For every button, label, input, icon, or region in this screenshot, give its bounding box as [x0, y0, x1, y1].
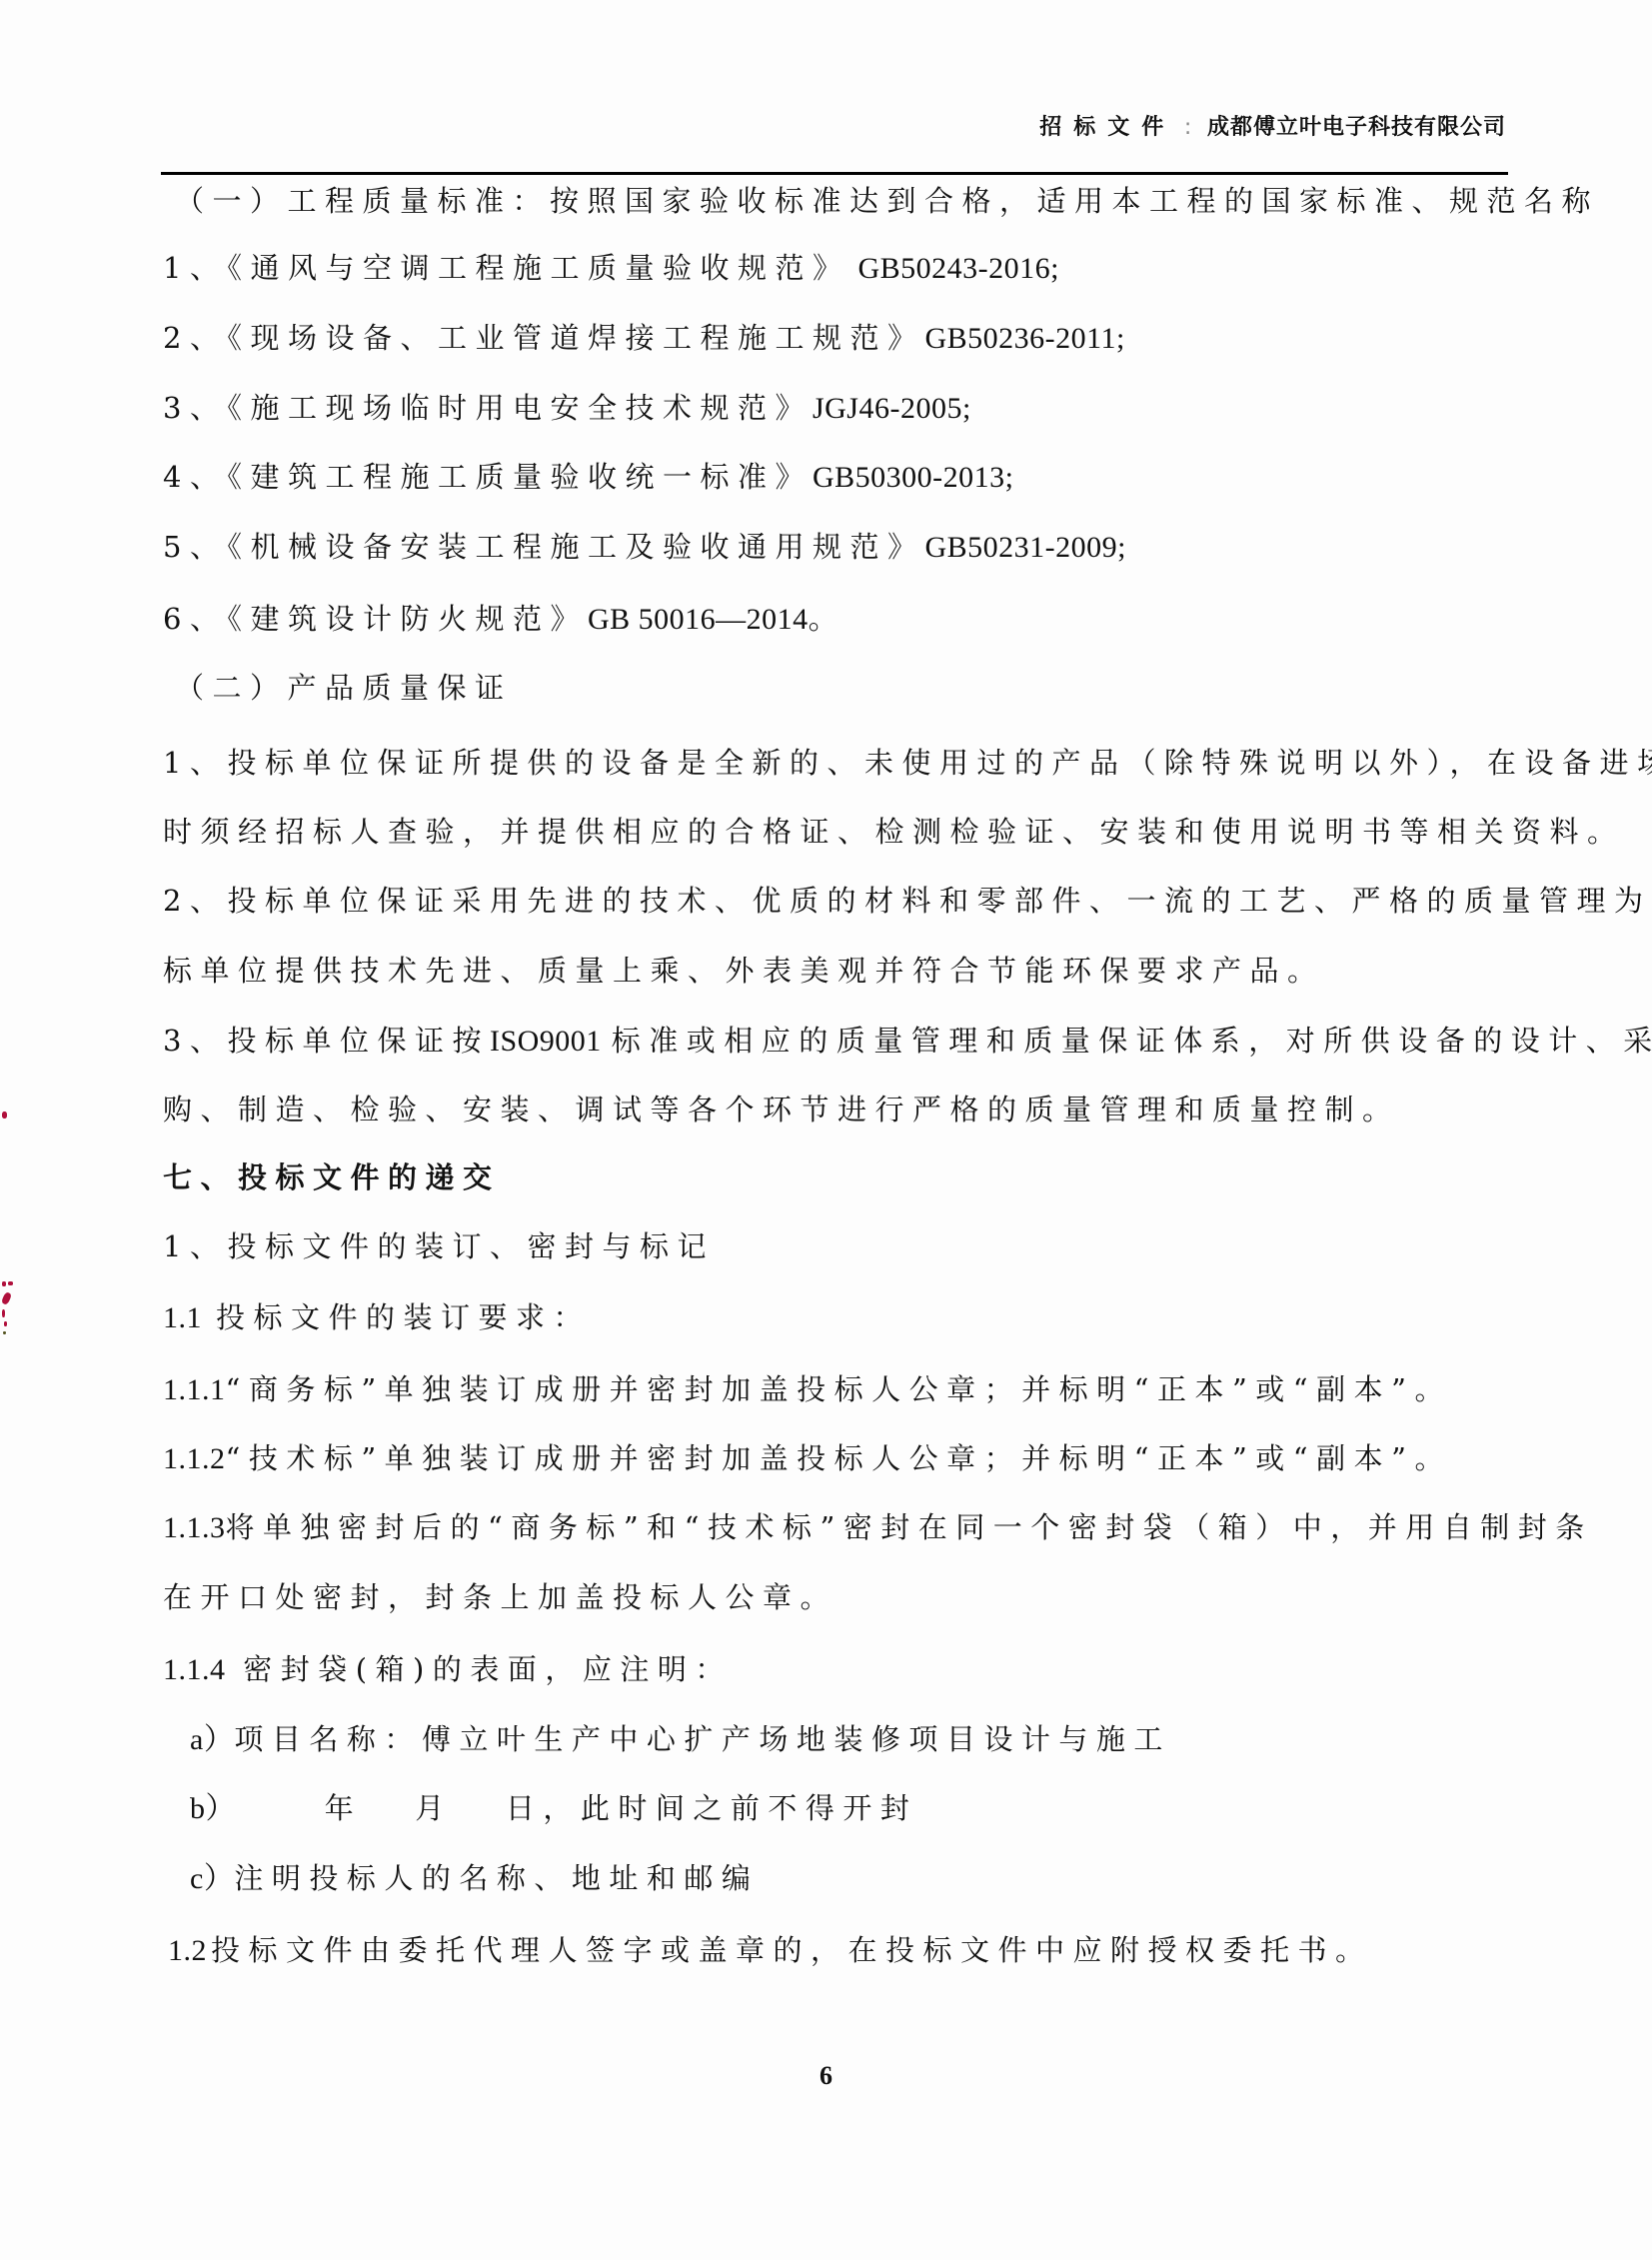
- product-quality-line-2: 时须经招标人查验，并提供相应的合格证、检测检验证、安装和使用说明书等相关资料。: [163, 814, 1625, 850]
- header-doc-label: 招标文件: [1039, 115, 1175, 140]
- label-item-c: c）注明投标人的名称、地址和邮编: [190, 1860, 759, 1897]
- clause-1-1-3: 1.1.3将单独密封后的“商务标”和“技术标”密封在同一个密封袋（箱）中，并用自…: [163, 1509, 1593, 1546]
- product-quality-line-3: 2、投标单位保证采用先进的技术、优质的材料和零部件、一流的工艺、严格的质量管理为…: [163, 883, 1652, 919]
- submission-heading: 七、投标文件的递交: [163, 1159, 501, 1195]
- standard-item-3: 3、《施工现场临时用电安全技术规范》JGJ46-2005;: [163, 390, 971, 427]
- header-separator: :: [1184, 115, 1192, 140]
- authorization-clause: 1.2投标文件由委托代理人签字或盖章的，在投标文件中应附授权委托书。: [168, 1932, 1373, 1969]
- product-quality-heading: （二）产品质量保证: [175, 670, 513, 706]
- binding-heading: 1.1投标文件的装订要求：: [163, 1299, 591, 1336]
- document-page: 招标文件 : 成都傅立叶电子科技有限公司 （一）工程质量标准：按照国家验收标准达…: [0, 0, 1652, 2260]
- running-header: 招标文件 : 成都傅立叶电子科技有限公司: [1039, 110, 1506, 141]
- standard-item-4: 4、《建筑工程施工质量验收统一标准》GB50300-2013;: [163, 459, 1013, 496]
- clause-1-1-2: 1.1.2“技术标”单独装订成册并密封加盖投标人公章；并标明“正本”或“副本”。: [163, 1440, 1452, 1477]
- header-rule: [161, 172, 1508, 175]
- standard-item-1: 1、《通风与空调工程施工质量验收规范》 GB50243-2016;: [163, 250, 1059, 287]
- product-quality-line-4: 标单位提供技术先进、质量上乘、外表美观并符合节能环保要求产品。: [163, 953, 1325, 989]
- clause-1-1-1: 1.1.1“商务标”单独装订成册并密封加盖投标人公章；并标明“正本”或“副本”。: [163, 1371, 1452, 1408]
- submission-subheading: 1、投标文件的装订、密封与标记: [163, 1228, 715, 1264]
- clause-1-1-4: 1.1.4 密封袋(箱)的表面，应注明：: [163, 1651, 733, 1688]
- page-number: 6: [0, 2061, 1652, 2091]
- clause-1-1-3-continued: 在开口处密封，封条上加盖投标人公章。: [163, 1579, 837, 1615]
- product-quality-line-6: 购、制造、检验、安装、调试等各个环节进行严格的质量管理和质量控制。: [163, 1092, 1400, 1128]
- product-quality-line-5: 3、投标单位保证按ISO9001标准或相应的质量管理和质量保证体系，对所供设备的…: [163, 1023, 1652, 1060]
- label-item-a: a）项目名称：傅立叶生产中心扩产场地装修项目设计与施工: [190, 1721, 1171, 1758]
- standard-item-2: 2、《现场设备、工业管道焊接工程施工规范》GB50236-2011;: [163, 320, 1125, 357]
- header-company: 成都傅立叶电子科技有限公司: [1207, 115, 1506, 140]
- quality-standard-heading: （一）工程质量标准：按照国家验收标准达到合格，适用本工程的国家标准、规范名称: [175, 183, 1599, 219]
- product-quality-line-1: 1、投标单位保证所提供的设备是全新的、未使用过的产品（除特殊说明以外），在设备进…: [163, 745, 1652, 781]
- label-item-b: b） 年 月 日，此时间之前不得开封: [190, 1790, 917, 1827]
- standard-item-5: 5、《机械设备安装工程施工及验收通用规范》GB50231-2009;: [163, 529, 1126, 566]
- standard-item-6: 6、《建筑设计防火规范》GB 50016—2014。: [163, 601, 838, 638]
